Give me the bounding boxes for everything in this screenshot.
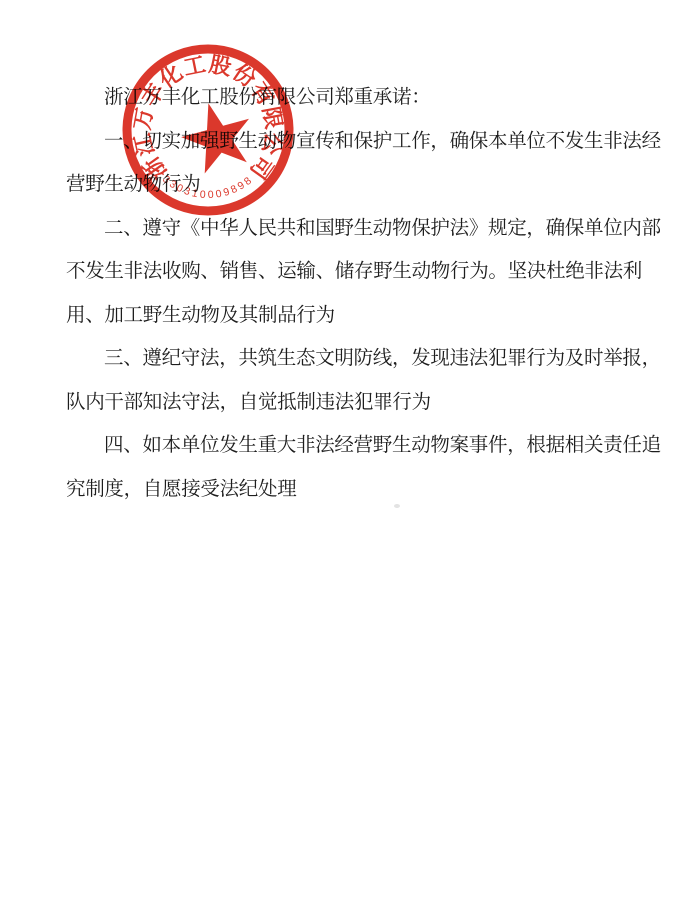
text-line: 究制度，自愿接受法纪处理 xyxy=(66,468,641,512)
text-line: 队内干部知法守法，自觉抵制违法犯罪行为 xyxy=(66,381,641,425)
text-line: 四、如本单位发生重大非法经营野生动物案事件，根据相关责任追 xyxy=(66,424,641,468)
document-page: 浙江万丰化工股份有限公司郑重承诺：一、切实加强野生动物宣传和保护工作，确保本单位… xyxy=(0,0,690,907)
document-body: 浙江万丰化工股份有限公司郑重承诺：一、切实加强野生动物宣传和保护工作，确保本单位… xyxy=(66,76,641,511)
text-line: 三、遵纪守法，共筑生态文明防线，发现违法犯罪行为及时举报， xyxy=(66,337,641,381)
text-line: 用、加工野生动物及其制品行为 xyxy=(66,294,641,338)
text-line: 营野生动物行为 xyxy=(66,163,641,207)
text-line: 二、遵守《中华人民共和国野生动物保护法》规定，确保单位内部 xyxy=(66,207,641,251)
text-line: 不发生非法收购、销售、运输、储存野生动物行为。坚决杜绝非法利 xyxy=(66,250,641,294)
text-line: 一、切实加强野生动物宣传和保护工作，确保本单位不发生非法经 xyxy=(66,120,641,164)
paper-speck xyxy=(394,504,400,508)
text-line: 浙江万丰化工股份有限公司郑重承诺： xyxy=(66,76,641,120)
